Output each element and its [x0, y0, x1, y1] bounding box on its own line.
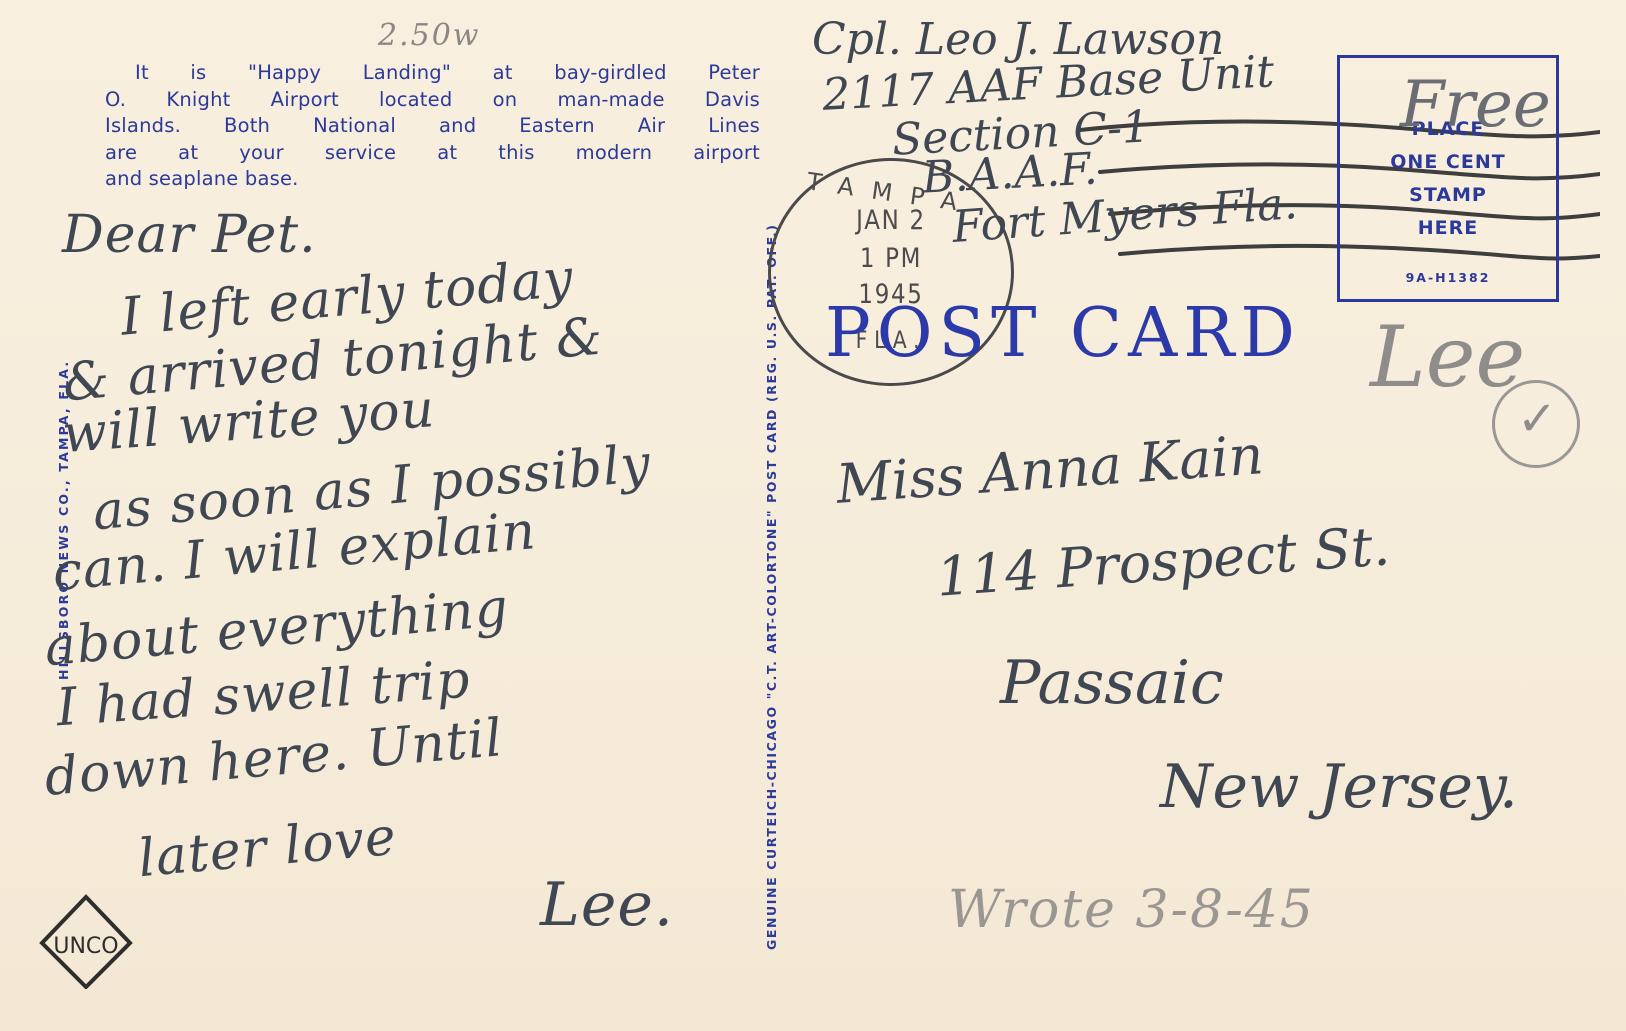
- logo-text: UNCO: [53, 934, 118, 959]
- printer-imprint-divider: GENUINE CURTEICH-CHICAGO "C.T. ART-COLOR…: [764, 223, 779, 950]
- check-mark: ✓: [1517, 391, 1557, 447]
- signature: Lee.: [540, 870, 674, 940]
- stamp-line: HERE: [1340, 212, 1556, 245]
- caption-line: are at your service at this modern airpo…: [105, 140, 760, 167]
- circled-check-icon: ✓: [1492, 380, 1580, 468]
- recipient-line: Passaic: [1000, 648, 1224, 718]
- pencil-written-date: Wrote 3-8-45: [948, 880, 1315, 940]
- postcard: 2.50w It is "Happy Landing" at bay-girdl…: [0, 0, 1626, 1031]
- recipient-line: New Jersey.: [1160, 752, 1518, 822]
- caption-line: It is "Happy Landing" at bay-girdled Pet…: [105, 60, 760, 87]
- stamp-line: STAMP: [1340, 179, 1556, 212]
- post-card-title: POST CARD: [825, 300, 1301, 368]
- stamp-line: ONE CENT: [1340, 146, 1556, 179]
- printed-caption: It is "Happy Landing" at bay-girdled Pet…: [105, 60, 760, 193]
- caption-line: O. Knight Airport located on man-made Da…: [105, 87, 760, 114]
- stamp-box-code: 9A-H1382: [1340, 270, 1556, 285]
- recipient-line: 114 Prospect St.: [934, 514, 1391, 609]
- recipient-line: Miss Anna Kain: [834, 423, 1265, 516]
- pencil-free-mark: Free: [1400, 68, 1551, 142]
- caption-line: and seaplane base.: [105, 166, 760, 193]
- message-line: Dear Pet.: [62, 205, 317, 265]
- caption-line: Islands. Both National and Eastern Air L…: [105, 113, 760, 140]
- pencil-lee-mark: Lee: [1370, 308, 1525, 406]
- message-line: later love: [136, 807, 399, 889]
- pencil-price-note: 2.50w: [378, 18, 480, 53]
- diamond-logo-icon: UNCO: [38, 893, 134, 989]
